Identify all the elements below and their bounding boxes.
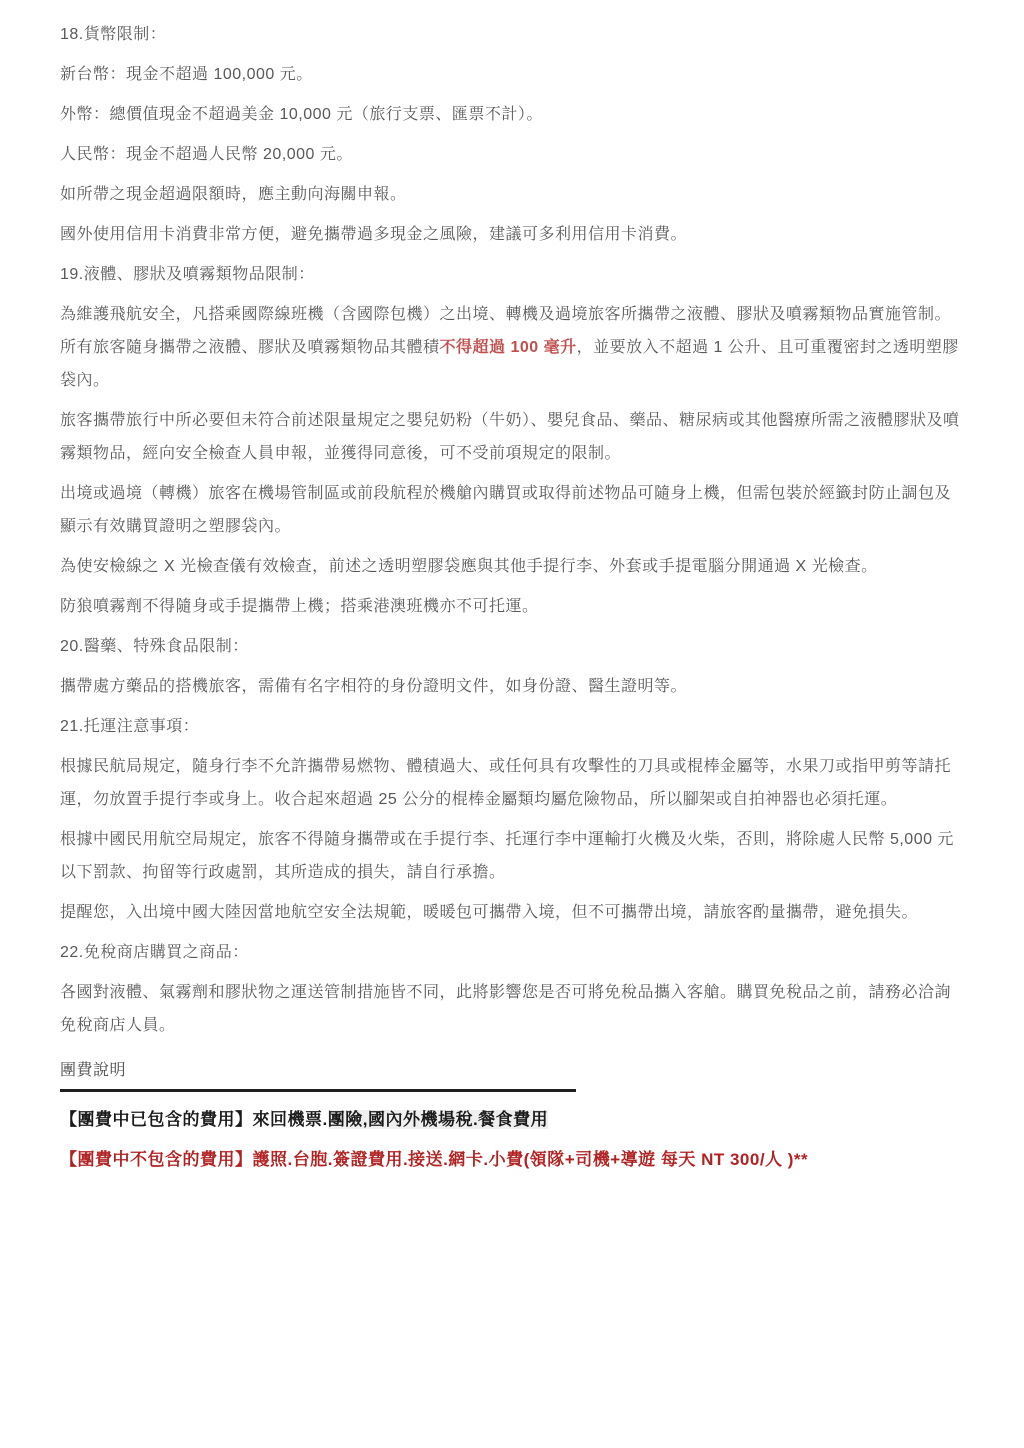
credit-card-paragraph: 國外使用信用卡消費非常方便，避免攜帶過多現金之風險，建議可多利用信用卡消費。 (60, 218, 964, 251)
prescription-paragraph: 攜帶處方藥品的搭機旅客，需備有名字相符的身份證明文件，如身份證、醫生證明等。 (60, 670, 964, 703)
checked-baggage-paragraph: 根據民航局規定，隨身行李不允許攜帶易燃物、體積過大、或任何具有攻擊性的刀具或棍棒… (60, 750, 964, 816)
liquids-exception-paragraph: 旅客攜帶旅行中所必要但未符合前述限量規定之嬰兒奶粉（牛奶）、嬰兒食品、藥品、糖尿… (60, 404, 964, 470)
section-18-title: 18.貨幣限制： (60, 18, 964, 51)
fees-heading: 團費說明 (60, 1058, 576, 1092)
fees-excluded-line: 【團費中不包含的費用】護照.台胞.簽證費用.接送.網卡.小費(領隊+司機+導遊 … (60, 1142, 964, 1178)
fees-included-label: 【團費中已包含的費用】 (60, 1110, 253, 1129)
currency-declare-paragraph: 如所帶之現金超過限額時，應主動向海關申報。 (60, 178, 964, 211)
liquids-rule-red-text: 不得超過 100 毫升 (440, 339, 577, 356)
duty-free-bag-paragraph: 出境或過境（轉機）旅客在機場管制區或前段航程於機艙內購買或取得前述物品可隨身上機… (60, 477, 964, 543)
fees-included-text: 來回機票. (253, 1110, 328, 1129)
xray-check-paragraph: 為使安檢線之 X 光檢查儀有效檢查，前述之透明塑膠袋應與其他手提行李、外套或手提… (60, 550, 964, 583)
section-21-title: 21.托運注意事項： (60, 710, 964, 743)
liquids-rule-paragraph: 為維護飛航安全，凡搭乘國際線班機（含國際包機）之出境、轉機及過境旅客所攜帶之液體… (60, 298, 964, 397)
currency-rmb-paragraph: 人民幣：現金不超過人民幣 20,000 元。 (60, 138, 964, 171)
section-19-title: 19.液體、膠狀及噴霧類物品限制： (60, 258, 964, 291)
section-20-title: 20.醫藥、特殊食品限制： (60, 630, 964, 663)
section-22-title: 22.免稅商店購買之商品： (60, 936, 964, 969)
currency-foreign-paragraph: 外幣：總價值現金不超過美金 10,000 元（旅行支票、匯票不計）。 (60, 98, 964, 131)
lighter-matches-paragraph: 根據中國民用航空局規定，旅客不得隨身攜帶或在手提行李、托運行李中運輸打火機及火柴… (60, 823, 964, 889)
fees-included-line: 【團費中已包含的費用】來回機票.團險,國內外機場稅.餐食費用 (60, 1102, 964, 1138)
document-page: 18.貨幣限制： 新台幣：現金不超過 100,000 元。 外幣：總價值現金不超… (0, 0, 1024, 1178)
warmer-pack-paragraph: 提醒您，入出境中國大陸因當地航空安全法規範，暖暖包可攜帶入境，但不可攜帶出境，請… (60, 896, 964, 929)
currency-twd-paragraph: 新台幣：現金不超過 100,000 元。 (60, 58, 964, 91)
duty-free-goods-paragraph: 各國對液體、氣霧劑和膠狀物之運送管制措施皆不同，此將影響您是否可將免稅品攜入客艙… (60, 976, 964, 1042)
pepper-spray-paragraph: 防狼噴霧劑不得隨身或手提攜帶上機；搭乘港澳班機亦不可托運。 (60, 590, 964, 623)
fees-included-highlighted-text: 團險,國內外機場稅.餐食費用 (328, 1110, 548, 1129)
